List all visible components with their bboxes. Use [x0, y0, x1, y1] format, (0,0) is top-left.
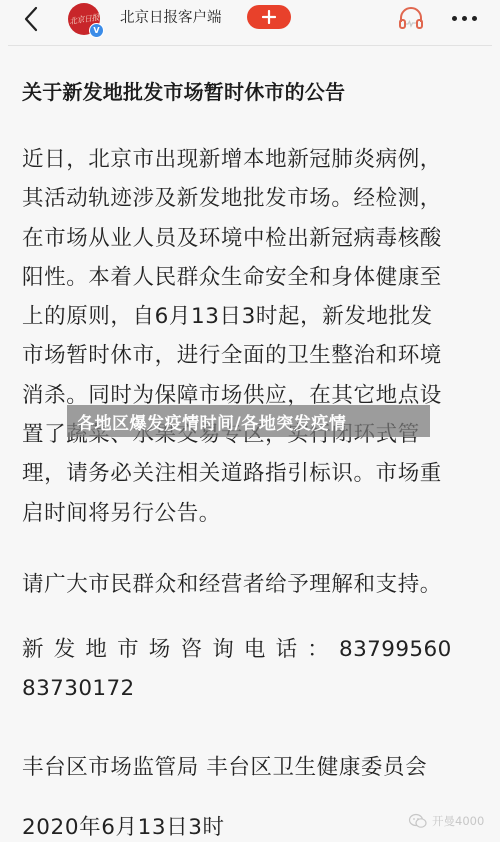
paragraph-issuer: 丰台区市场监管局 丰台区卫生健康委员会 [22, 748, 482, 787]
source-watermark: 开曼4000 [408, 813, 484, 829]
more-dots-icon [452, 16, 457, 21]
text-line: 其活动轨迹涉及新发地批发市场。经检测， [22, 179, 482, 218]
plus-icon [262, 10, 276, 24]
paragraph-contact: 新发地市场咨询电话：83799560 83730172 [22, 630, 482, 709]
overlay-caption-text: 各地区爆发疫情时间/各地突发疫情 [77, 409, 346, 434]
verified-badge-icon: V [89, 23, 104, 38]
header-divider [8, 45, 492, 46]
top-nav-bar: 北京日报 V 北京日报客户端 [0, 0, 500, 46]
account-avatar[interactable]: 北京日报 V [68, 3, 100, 35]
text-line: 在市场从业人员及环境中检出新冠病毒核酸 [22, 219, 482, 258]
paragraph-announcement: 近日，北京市出现新增本地新冠肺炎病例， 其活动轨迹涉及新发地批发市场。经检测， … [22, 140, 482, 533]
more-dots-icon [472, 16, 477, 21]
issuer-text: 丰台区市场监管局 丰台区卫生健康委员会 [22, 748, 482, 787]
text-line: 请广大市民群众和经营者给予理解和支持。 [22, 565, 482, 604]
overlay-caption-banner: 各地区爆发疫情时间/各地突发疫情 [67, 405, 430, 437]
text-line: 启时间将另行公告。 [22, 494, 482, 533]
chevron-left-icon [23, 6, 39, 32]
phone-number: 83799560 [339, 637, 452, 662]
paragraph-request: 请广大市民群众和经营者给予理解和支持。 [22, 565, 482, 604]
back-button[interactable] [16, 4, 46, 34]
text-line: 近日，北京市出现新增本地新冠肺炎病例， [22, 140, 482, 179]
account-name[interactable]: 北京日报客户端 [120, 7, 222, 29]
watermark-text: 开曼4000 [432, 813, 484, 829]
more-dots-icon [462, 16, 467, 21]
text-line: 理，请务必关注相关道路指引标识。市场重 [22, 454, 482, 493]
wechat-icon [408, 813, 428, 829]
listen-audio-button[interactable] [396, 3, 426, 33]
text-line: 上的原则，自6月13日3时起，新发地批发 [22, 297, 482, 336]
contact-label: 新发地市场咨询电话： [22, 637, 339, 662]
phone-number: 83730172 [22, 669, 482, 708]
more-options-button[interactable] [444, 6, 484, 30]
text-line: 市场暂时休市，进行全面的卫生整治和环境 [22, 336, 482, 375]
text-line: 阳性。本着人民群众生命安全和身体健康至 [22, 258, 482, 297]
contact-line: 新发地市场咨询电话：83799560 [22, 630, 482, 669]
article-title: 关于新发地批发市场暂时休市的公告 [22, 76, 345, 105]
follow-button[interactable] [247, 5, 291, 29]
headphones-icon [398, 6, 424, 30]
